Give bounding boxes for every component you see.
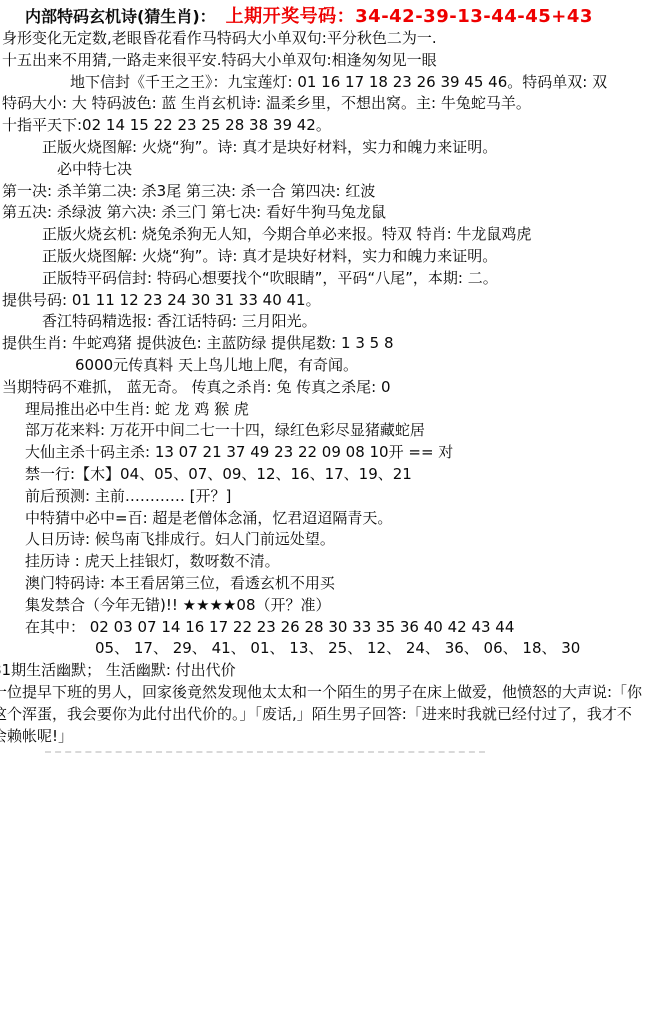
- bureau-zodiac-line: 理局推出必中生肖: 蛇 龙 鸡 猴 虎: [0, 399, 652, 421]
- seven-tips-title: 必中特七决: [0, 159, 652, 181]
- special-flat-envelope: 正版特平码信封: 特码心想要找个“吹眼睛”，平码“八尾”，本期: 二。: [0, 268, 652, 290]
- humor-body-1: 一位提早下班的男人，回家後竟然发现他太太和一个陌生的男子在床上做爱，他愤怒的大声…: [0, 682, 652, 704]
- fire-diagram-line-1: 正版火烧图解: 火烧“狗”。诗: 真才是块好材料，实力和魄力来证明。: [0, 137, 652, 159]
- macau-special-poem: 澳门特码诗: 本王看居第三位，看透玄机不用买: [0, 573, 652, 595]
- last-draw-numbers: 上期开奖号码：34-42-39-13-44-45+43: [226, 5, 593, 28]
- jifa-stars-line: 集发禁合（今年无错)!! ★★★★08（开？准）: [0, 595, 652, 617]
- humor-body-3: 会赖帐呢!」: [0, 726, 652, 748]
- fire-diagram-line-2: 正版火烧图解: 火烧“狗”。诗: 真才是块好材料，实力和魄力来证明。: [0, 246, 652, 268]
- lottery-tip-sheet: 内部特码玄机诗(猜生肖)： 上期开奖号码：34-42-39-13-44-45+4…: [0, 0, 652, 1031]
- dashed-separator: [45, 751, 485, 753]
- wanhua-material-line: 部万花来料: 万花开中间二七一十四，绿红色彩尽显猪藏蛇居: [0, 420, 652, 442]
- size-color-zodiac-line: 特码大小: 大 特码波色: 蓝 生肖玄机诗: 温柔乡里，不想出窝。主: 牛兔蛇马…: [0, 93, 652, 115]
- provided-numbers: 提供号码: 01 11 12 23 24 30 31 33 40 41。: [0, 290, 652, 312]
- fax-material-line: 6000元传真料 天上鸟儿地上爬，有奇闻。: [0, 355, 652, 377]
- calendar-poem-2: 挂历诗 : 虎天上挂银灯，数呀数不清。: [0, 551, 652, 573]
- immortal-kill-numbers: 大仙主杀十码主杀: 13 07 21 37 49 23 22 09 08 10开…: [0, 442, 652, 464]
- page-title: 内部特码玄机诗(猜生肖)：: [25, 5, 216, 28]
- provided-zodiac-waves: 提供生肖: 牛蛇鸡猪 提供波色: 主蓝防绿 提供尾数: 1 3 5 8: [0, 333, 652, 355]
- poem-line-1: 身形变化无定数,老眼昏花看作马特码大小单双句:平分秋色二为一.: [0, 28, 652, 50]
- forbidden-row-numbers: 禁一行:【木】04、05、07、09、12、16、17、19、21: [0, 464, 652, 486]
- special-guess-poem: 中特猜中必中=百: 超是老僧体念涌，忆君迢迢隔青天。: [0, 508, 652, 530]
- humor-title: 81期生活幽默； 生活幽默: 付出代价: [0, 660, 652, 682]
- fire-mystery-line: 正版火烧玄机: 烧兔杀狗无人知，今期合单必来报。特双 特肖: 牛龙鼠鸡虎: [0, 224, 652, 246]
- included-numbers-row-1: 在其中： 02 03 07 14 16 17 22 23 26 28 30 33…: [0, 617, 652, 639]
- tips-5-to-7: 第五决: 杀绿波 第六决: 杀三门 第七决: 看好牛狗马兔龙鼠: [0, 202, 652, 224]
- xiangjiang-report: 香江特码精选报: 香江话特码: 三月阳光。: [0, 311, 652, 333]
- header-line: 内部特码玄机诗(猜生肖)： 上期开奖号码：34-42-39-13-44-45+4…: [0, 5, 652, 28]
- included-numbers-row-2: 05、 17、 29、 41、 01、 13、 25、 12、 24、 36、 …: [0, 638, 652, 660]
- calendar-poem-1: 人日历诗: 候鸟南飞排成行。妇人门前远处望。: [0, 529, 652, 551]
- tips-1-to-4: 第一决: 杀羊第二决: 杀3尾 第三决: 杀一合 第四决: 红波: [0, 181, 652, 203]
- current-special-line: 当期特码不难抓， 蓝无奇。 传真之杀肖: 兔 传真之杀尾: 0: [0, 377, 652, 399]
- poem-line-2: 十五出来不用猜,一路走来很平安.特码大小单双句:相逢匆匆见一眼: [0, 50, 652, 72]
- humor-body-2: 这个浑蛋，我会要你为此付出代价的。」「废话,」陌生男子回答:「进来时我就已经付过…: [0, 704, 652, 726]
- ten-fingers-numbers: 十指平天下:02 14 15 22 23 25 28 38 39 42。: [0, 115, 652, 137]
- underground-envelope: 地下信封《千王之王》：九宝莲灯: 01 16 17 18 23 26 39 45…: [0, 72, 652, 94]
- forecast-line: 前后预测: 主前………… [开？]: [0, 486, 652, 508]
